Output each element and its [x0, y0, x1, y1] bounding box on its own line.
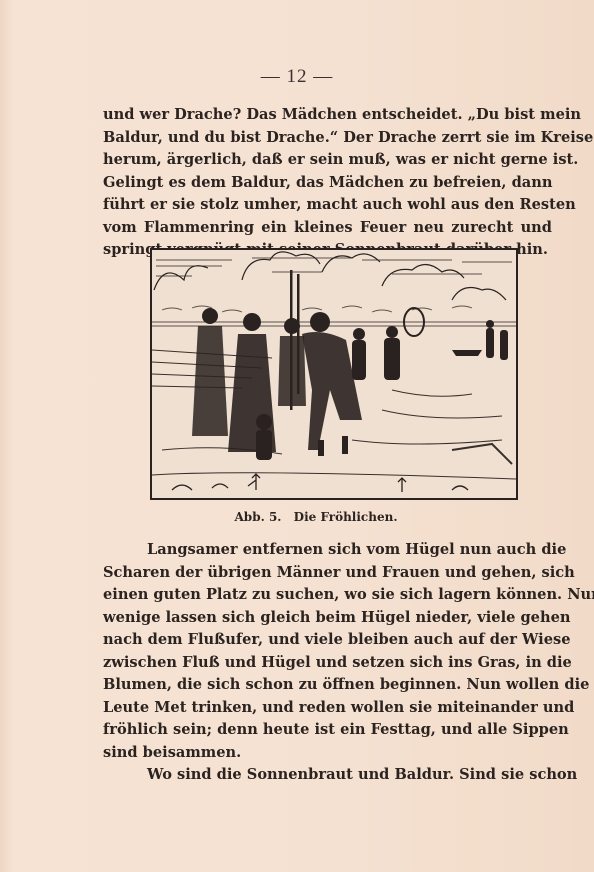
woodcut-scene-image — [152, 250, 516, 498]
text-line: fröhlich sein; denn heute ist ein Festta… — [103, 719, 552, 742]
text-line: einen guten Platz zu suchen, wo sie sich… — [103, 584, 552, 607]
text-line: vom Flammenring ein kleines Feuer neu zu… — [103, 217, 552, 240]
figure-caption: Abb. 5. Die Fröhlichen. — [0, 510, 594, 524]
figure-illustration — [150, 248, 518, 500]
text-line: Blumen, die sich schon zu öffnen beginne… — [103, 674, 552, 697]
text-line: Baldur, und du bist Drache.“ Der Drache … — [103, 127, 552, 150]
text-line: Scharen der übrigen Männer und Frauen un… — [103, 562, 552, 585]
text-line: herum, ärgerlich, daß er sein muß, was e… — [103, 149, 552, 172]
text-line: sind beisammen. — [103, 742, 552, 765]
page-number: — 12 — — [0, 66, 594, 88]
book-page: — 12 — und wer Drache? Das Mädchen entsc… — [0, 0, 594, 872]
text-line: Wo sind die Sonnenbraut und Baldur. Sind… — [103, 764, 552, 787]
text-line: zwischen Fluß und Hügel und setzen sich … — [103, 652, 552, 675]
paragraph-continued: und wer Drache? Das Mädchen entscheidet.… — [103, 104, 552, 262]
paragraph-main: Langsamer entfernen sich vom Hügel nun a… — [103, 539, 552, 787]
text-line: führt er sie stolz umher, macht auch woh… — [103, 194, 552, 217]
text-line: nach dem Flußufer, und viele bleiben auc… — [103, 629, 552, 652]
figure-number: Abb. 5. — [235, 510, 282, 524]
text-line: Langsamer entfernen sich vom Hügel nun a… — [103, 539, 552, 562]
text-line: wenige lassen sich gleich beim Hügel nie… — [103, 607, 552, 630]
text-line: Gelingt es dem Baldur, das Mädchen zu be… — [103, 172, 552, 195]
figure-title: Die Fröhlichen. — [294, 510, 398, 524]
text-line: Leute Met trinken, und reden wollen sie … — [103, 697, 552, 720]
text-line: und wer Drache? Das Mädchen entscheidet.… — [103, 104, 552, 127]
